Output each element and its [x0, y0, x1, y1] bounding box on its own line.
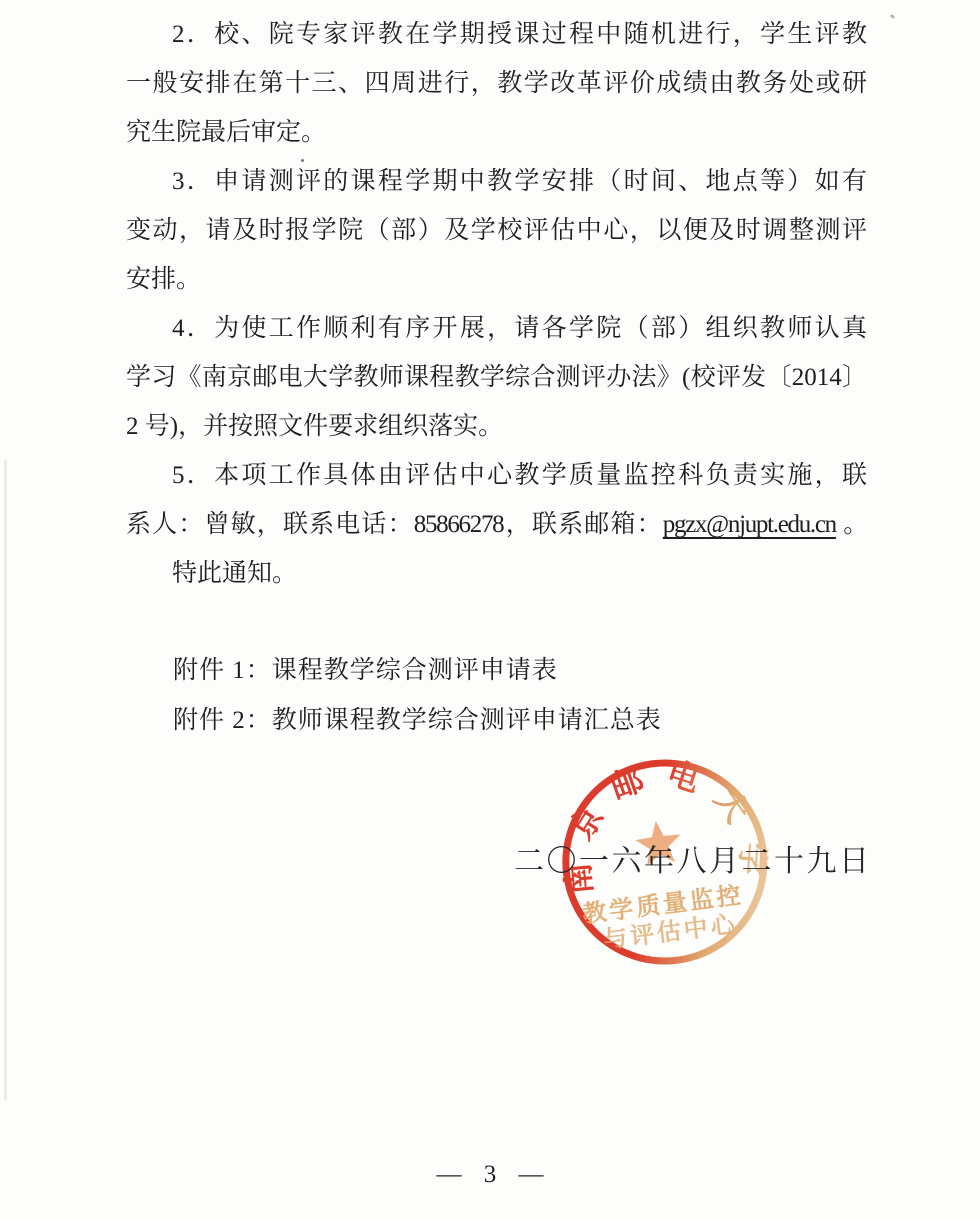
body-line: 4．为使工作顺利有序开展，请各学院（部）组织教师认真 [126, 304, 867, 353]
contact-email-link[interactable]: pgzx@njupt.edu.cn [663, 511, 836, 538]
body-line: 究生院最后审定。 [126, 108, 867, 157]
body-line: 安排。 [126, 255, 867, 304]
contact-text: 系人：曾敏，联系电话：85866278，联系邮箱： [126, 511, 663, 538]
issue-date: 二〇一六年八月二十九日 [514, 845, 872, 879]
attachment-item: 附件 2：教师课程教学综合测评申请汇总表 [126, 696, 867, 746]
scan-speck [890, 14, 896, 19]
body-line-closing: 特此通知。 [126, 549, 867, 598]
notice-body: 2．校、院专家评教在学期授课过程中随机进行，学生评教 一般安排在第十三、四周进行… [126, 10, 867, 598]
scanned-notice-page: 2．校、院专家评教在学期授课过程中随机进行，学生评教 一般安排在第十三、四周进行… [0, 0, 980, 1219]
body-line: 3．申请测评的课程学期中教学安排（时间、地点等）如有 [126, 157, 867, 206]
page-number: — 3 — [0, 1158, 980, 1192]
body-line: 一般安排在第十三、四周进行，教学改革评价成绩由教务处或研 [126, 59, 867, 108]
attachment-list: 附件 1：课程教学综合测评申请表 附件 2：教师课程教学综合测评申请汇总表 [126, 646, 867, 746]
contact-text: 。 [836, 511, 867, 538]
body-line: 5．本项工作具体由评估中心教学质量监控科负责实施，联 [126, 451, 867, 500]
scan-edge-artifact [4, 460, 7, 1100]
body-line: 2．校、院专家评教在学期授课过程中随机进行，学生评教 [126, 10, 867, 59]
body-line: 学习《南京邮电大学教师课程教学综合测评办法》(校评发〔2014〕 [126, 353, 867, 402]
body-line-contact: 系人：曾敏，联系电话：85866278，联系邮箱：pgzx@njupt.edu.… [126, 500, 867, 549]
attachment-item: 附件 1：课程教学综合测评申请表 [126, 646, 867, 696]
body-line: 2 号)，并按照文件要求组织落实。 [126, 402, 867, 451]
body-line: 变动，请及时报学院（部）及学校评估中心，以便及时调整测评 [126, 206, 867, 255]
